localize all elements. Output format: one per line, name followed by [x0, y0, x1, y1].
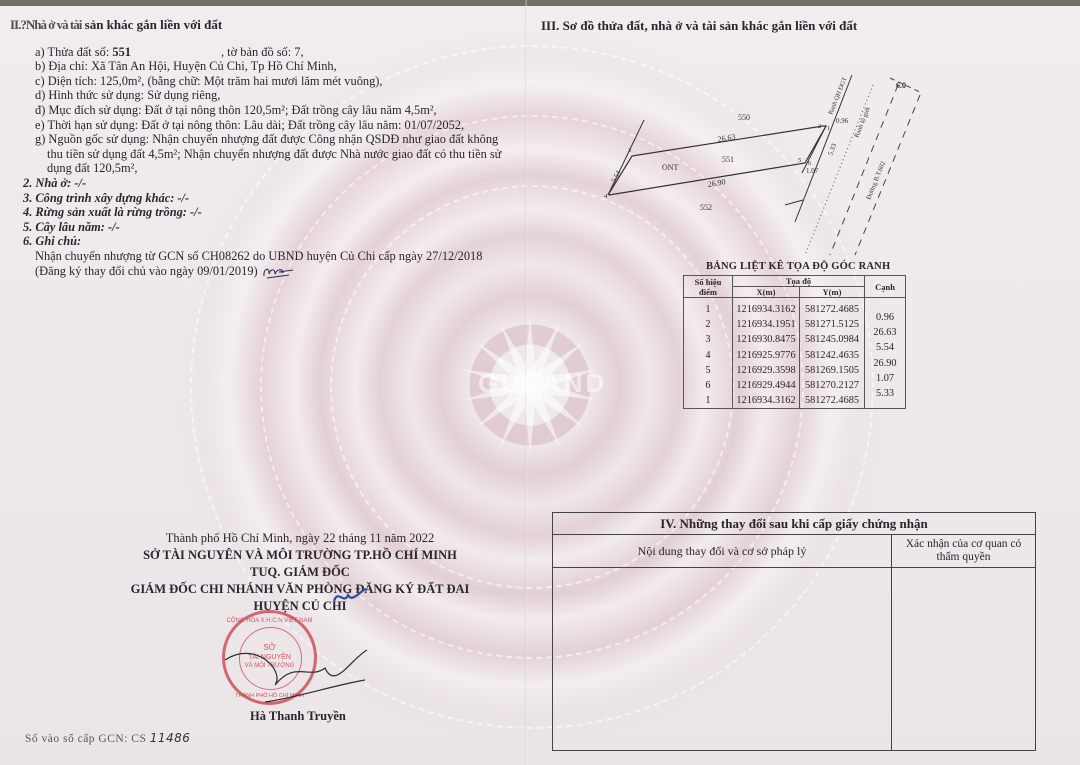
edge-length: 5.54 [867, 340, 903, 355]
svg-text:5.54: 5.54 [610, 169, 623, 184]
usage-term-line: e) Thời hạn sử dụng: Đất ở tại nông thôn… [35, 118, 520, 133]
notes-heading: 6. Ghi chú: [23, 234, 520, 249]
y-column: 581272.4685581271.5125581245.0984581242.… [800, 298, 865, 409]
address-line: b) Địa chỉ: Xã Tân An Hội, Huyện Củ Chi,… [35, 59, 520, 74]
initials-signature-icon [261, 265, 295, 279]
y-coordinate: 581245.0984 [802, 332, 862, 347]
point-id: 6 [686, 378, 730, 393]
page-top-edge [0, 0, 1080, 6]
section-title-ii: II.?Nhà ở và tài sản khác gắn liền với đ… [10, 18, 520, 33]
x-coordinate: 1216929.3598 [735, 363, 797, 378]
svg-text:Đường B.T.602: Đường B.T.602 [865, 160, 887, 200]
svg-text:4: 4 [604, 193, 608, 200]
svg-text:5: 5 [798, 157, 801, 164]
house-line: 2. Nhà ở: -/- [23, 176, 520, 191]
svg-text:550: 550 [738, 113, 750, 122]
origin-line: g) Nguồn gốc sử dụng: Nhận chuyển nhượng… [35, 132, 502, 176]
svg-text:552: 552 [700, 203, 712, 212]
note-line-2: (Đăng ký thay đổi chủ vào ngày 09/01/201… [35, 264, 520, 279]
serial-number: Số vào sổ cấp GCN: CS 11486 [25, 731, 190, 745]
svg-text:6.0: 6.0 [896, 81, 906, 90]
svg-text:551: 551 [722, 155, 734, 164]
issuing-org: SỞ TÀI NGUYÊN VÀ MÔI TRƯỜNG TP.HỒ CHÍ MI… [100, 547, 500, 564]
blue-initial-icon [330, 585, 370, 609]
point-id: 1 [686, 302, 730, 317]
authorization: TUQ. GIÁM ĐỐC [100, 564, 500, 581]
y-coordinate: 581272.4685 [802, 302, 862, 317]
perennial-tree-line: 5. Cây lâu năm: -/- [23, 220, 520, 235]
point-id: 4 [686, 348, 730, 363]
x-coordinate: 1216934.3162 [735, 393, 797, 408]
col-change-content: Nội dung thay đổi và cơ sở pháp lý [553, 535, 892, 568]
point-id: 5 [686, 363, 730, 378]
signature-icon [215, 640, 375, 710]
svg-text:6: 6 [808, 160, 812, 167]
edge-length: 26.63 [867, 325, 903, 340]
col-point: Số hiệu điểm [684, 276, 733, 298]
svg-text:3: 3 [628, 147, 631, 154]
signer-name: Hà Thanh Truyền [250, 709, 346, 724]
point-column: 1234561 [684, 298, 733, 409]
coordinate-table: Số hiệu điểm Tọa độ Cạnh X(m) Y(m) 12345… [683, 275, 906, 409]
svg-text:2: 2 [818, 123, 821, 130]
edge-length: 26.90 [867, 356, 903, 371]
edge-column: 0.9626.635.5426.901.075.33 [865, 298, 906, 409]
land-details: a) Thửa đất số: 551, tờ bản đồ số: 7, b)… [10, 45, 520, 279]
edge-length: 1.07 [867, 371, 903, 386]
usage-purpose-line: đ) Mục đích sử dụng: Đất ở tại nông thôn… [35, 103, 520, 118]
svg-text:26.90: 26.90 [707, 177, 726, 189]
svg-text:0.96: 0.96 [836, 117, 849, 125]
section-title-iii: III. Sơ đồ thửa đất, nhà ở và tài sản kh… [541, 18, 857, 34]
y-coordinate: 581272.4685 [802, 393, 862, 408]
y-coordinate: 581270.2127 [802, 378, 862, 393]
signer-district: HUYỆN CỦ CHI [100, 598, 500, 615]
x-coordinate: 1216929.4944 [735, 378, 797, 393]
x-coordinate: 1216930.8475 [735, 332, 797, 347]
signature-block: Thành phố Hồ Chí Minh, ngày 22 tháng 11 … [100, 530, 500, 615]
svg-text:ONT: ONT [662, 163, 679, 172]
usage-form-line: d) Hình thức sử dụng: Sử dụng riêng, [35, 88, 520, 103]
change-content-cell [553, 568, 892, 751]
coordinate-table-title: BẢNG LIỆT KÊ TỌA ĐỘ GÓC RANH [706, 261, 890, 272]
svg-text:1.07: 1.07 [806, 167, 819, 175]
y-coordinate: 581269.1505 [802, 363, 862, 378]
col-authority-confirmation: Xác nhận của cơ quan có thẩm quyền [892, 535, 1036, 568]
watermark: GULAND [478, 368, 607, 399]
svg-text:1: 1 [827, 125, 830, 132]
edge-length: 5.33 [867, 386, 903, 401]
changes-table: IV. Những thay đổi sau khi cấp giấy chứn… [552, 512, 1036, 751]
svg-text:5.33: 5.33 [826, 142, 838, 157]
col-coord: Tọa độ [733, 276, 865, 287]
signer-title: GIÁM ĐỐC CHI NHÁNH VĂN PHÒNG ĐĂNG KÝ ĐẤT… [100, 581, 500, 598]
point-id: 2 [686, 317, 730, 332]
point-id: 1 [686, 393, 730, 408]
note-line-1: Nhận chuyển nhượng từ GCN số CH08262 do … [35, 249, 520, 264]
svg-text:26.63: 26.63 [717, 132, 736, 144]
place-date: Thành phố Hồ Chí Minh, ngày 22 tháng 11 … [100, 530, 500, 547]
changes-title: IV. Những thay đổi sau khi cấp giấy chứn… [553, 513, 1036, 535]
parcel-number: 551 [112, 45, 131, 59]
col-edge: Cạnh [865, 276, 906, 298]
y-coordinate: 581242.4635 [802, 348, 862, 363]
x-column: 1216934.31621216934.19511216930.84751216… [733, 298, 800, 409]
col-x: X(m) [733, 287, 800, 298]
y-coordinate: 581271.5125 [802, 317, 862, 332]
edge-length: 0.96 [867, 310, 903, 325]
x-coordinate: 1216934.1951 [735, 317, 797, 332]
point-id: 3 [686, 332, 730, 347]
parcel-number-line: a) Thửa đất số: 551, tờ bản đồ số: 7, [35, 45, 520, 60]
forest-line: 4. Rừng sản xuất là rừng trồng: -/- [23, 205, 520, 220]
authority-confirmation-cell [892, 568, 1036, 751]
parcel-sketch: 550 551 552 ONT 26.63 26.90 5.54 5.33 0.… [590, 70, 930, 260]
land-info-section: II.?Nhà ở và tài sản khác gắn liền với đ… [10, 18, 520, 279]
other-construction-line: 3. Công trình xây dựng khác: -/- [23, 191, 520, 206]
area-line: c) Diện tích: 125,0m², (bằng chữ: Một tr… [35, 74, 520, 89]
x-coordinate: 1216925.9776 [735, 348, 797, 363]
svg-text:Ranh lộ giới: Ranh lộ giới [853, 106, 872, 139]
x-coordinate: 1216934.3162 [735, 302, 797, 317]
col-y: Y(m) [800, 287, 865, 298]
